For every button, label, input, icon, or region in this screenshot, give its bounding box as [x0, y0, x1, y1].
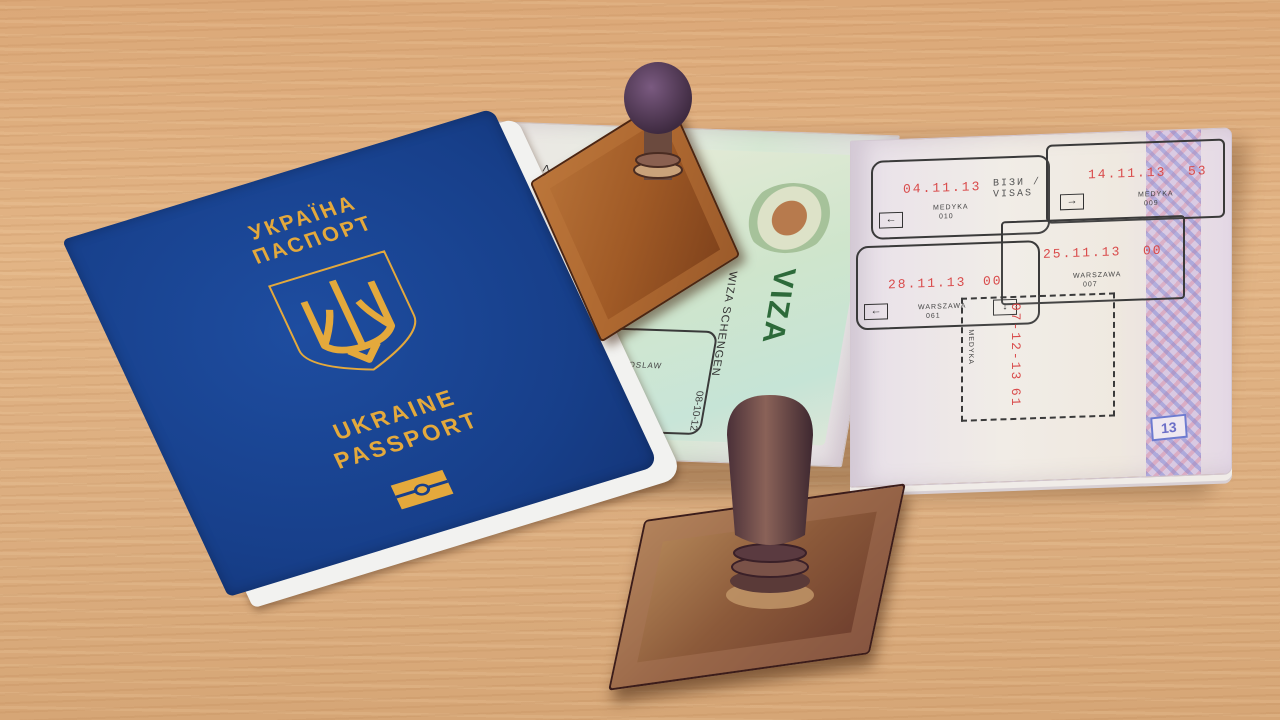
- wooden-stamp-back: [548, 60, 758, 310]
- exit-arrow-icon: ←: [864, 303, 888, 320]
- wooden-stamp-front: [575, 395, 965, 720]
- cover-title-english: UKRAINE PASSPORT: [255, 361, 547, 494]
- border-stamp: 14.11.13 53 MEDYKA 009 →: [1046, 139, 1225, 224]
- stamp-handle: [715, 395, 825, 615]
- entry-arrow-icon: →: [1060, 193, 1084, 210]
- exit-arrow-icon: ←: [879, 212, 903, 229]
- border-stamp: 07-12-13 61 MEDYKA: [961, 292, 1115, 421]
- stamp-handle: [618, 60, 698, 200]
- photo-scene: VDPOL004918UKR8202028M1210082<<11009< <<…: [0, 0, 1280, 720]
- trident-coat-of-arms-icon: [262, 245, 438, 393]
- page-number: 13: [1151, 414, 1188, 442]
- chip-icon: [389, 469, 455, 511]
